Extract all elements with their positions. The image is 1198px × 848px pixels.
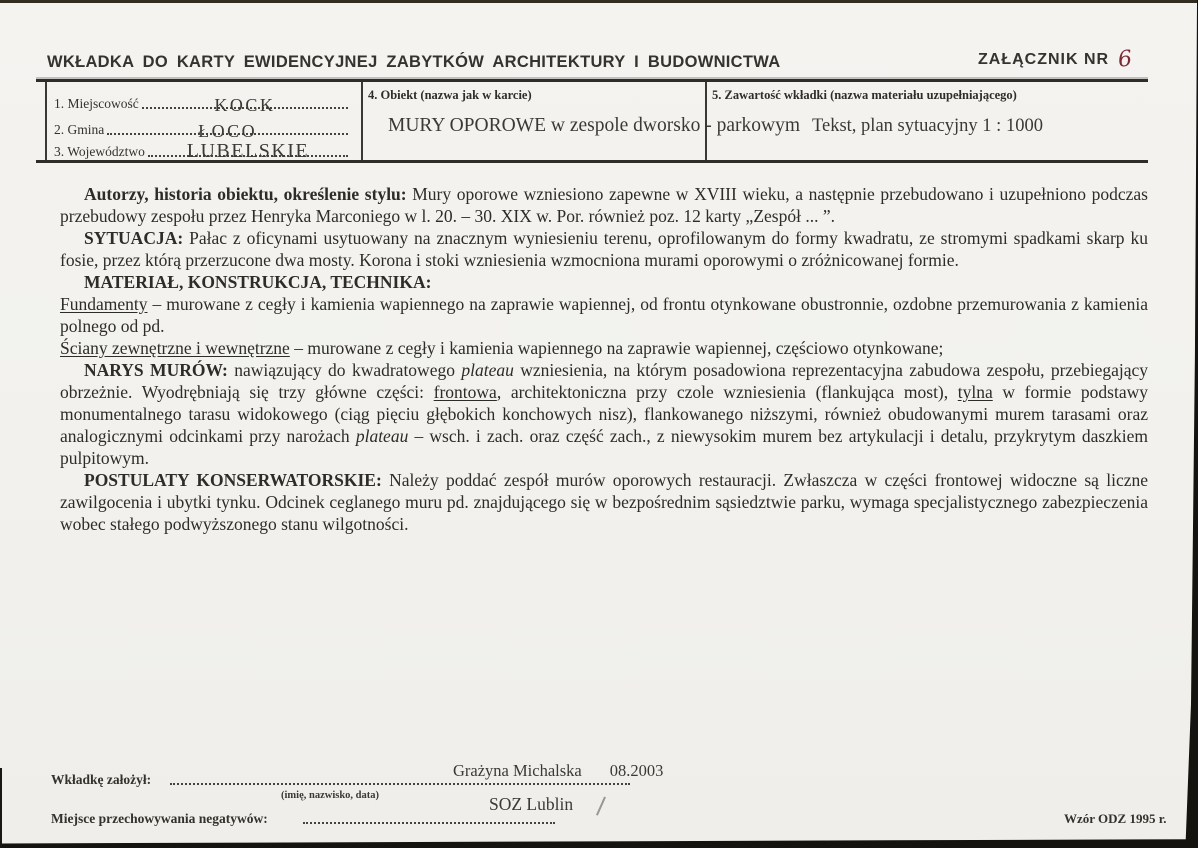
body-text: Autorzy, historia obiektu, określenie st… [60,183,1148,535]
field-value: ŁOCO [198,121,257,142]
field-label: 1. Miejscowość [54,96,142,112]
field-label: 2. Gmina [54,122,107,138]
document-title: WKŁADKA DO KARTY EWIDENCYJNEJ ZABYTKÓW A… [47,53,780,72]
dotted-leader: KOCK [142,101,348,109]
founder-label: Wkładkę założył: [51,772,151,788]
paragraph: Fundamenty – murowane z cegły i kamienia… [60,293,1148,337]
field-label: 3. Województwo [54,144,148,160]
negatives-label: Miejsce przechowywania negatywów: [51,811,268,827]
field-obiekt-value: MURY OPOROWE w zespole dworsko - parkowy… [388,115,800,137]
scan-edge-right [1184,0,1198,848]
field-miejscowosc: 1. Miejscowość KOCK [54,96,348,112]
template-note: Wzór ODZ 1995 r. [1064,811,1167,827]
field-gmina: 2. Gmina ŁOCO [54,122,348,138]
table-divider-1 [361,82,363,160]
founder-date: 08.2003 [610,761,664,781]
pen-mark [596,797,606,816]
scan-edge-left [0,768,2,848]
field-zawartosc-label: 5. Zawartość wkładki (nazwa materiału uz… [712,88,1017,103]
field-value: LUBELSKIE [187,140,309,163]
founder-signature: Grażyna Michalska 08.2003 [453,761,663,781]
paragraph: MATERIAŁ, KONSTRUKCJA, TECHNIKA: [60,271,1148,293]
field-wojewodztwo: 3. Województwo LUBELSKIE [54,144,348,160]
founder-organization: SOZ Lublin [489,794,573,815]
dotted-leader: ŁOCO [107,127,348,135]
paragraph: Ściany zewnętrzne i wewnętrzne – murowan… [60,337,1148,359]
founder-name: Grażyna Michalska [453,761,582,781]
scanned-document-page: WKŁADKA DO KARTY EWIDENCYJNEJ ZABYTKÓW A… [0,0,1198,848]
dotted-leader: LUBELSKIE [148,149,348,157]
paragraph: NARYS MURÓW: nawiązujący do kwadratowego… [60,359,1148,469]
paragraph: Autorzy, historia obiektu, określenie st… [60,183,1148,227]
attachment-number-handwritten: 6 [1117,46,1135,72]
founder-dotted-leader [170,783,630,785]
field-zawartosc-value: Tekst, plan sytuacyjny 1 : 1000 [812,116,1043,137]
field-obiekt-label: 4. Obiekt (nazwa jak w karcie) [368,88,532,103]
scan-edge-top [0,0,1198,3]
header-rule [36,79,1148,82]
field-value: KOCK [214,95,275,116]
scan-edge-bottom [0,838,1198,848]
table-border-left [45,82,47,160]
attachment-label: ZAŁĄCZNIK NR [978,51,1109,69]
founder-sublabel: (imię, nazwisko, data) [255,790,405,801]
paragraph: SYTUACJA: Pałac z oficynami usytuowany n… [60,227,1148,271]
attachment-header: ZAŁĄCZNIK NR 6 [978,51,1133,72]
negatives-dotted-leader [303,822,555,824]
paragraph: POSTULATY KONSERWATORSKIE: Należy poddać… [60,469,1148,535]
